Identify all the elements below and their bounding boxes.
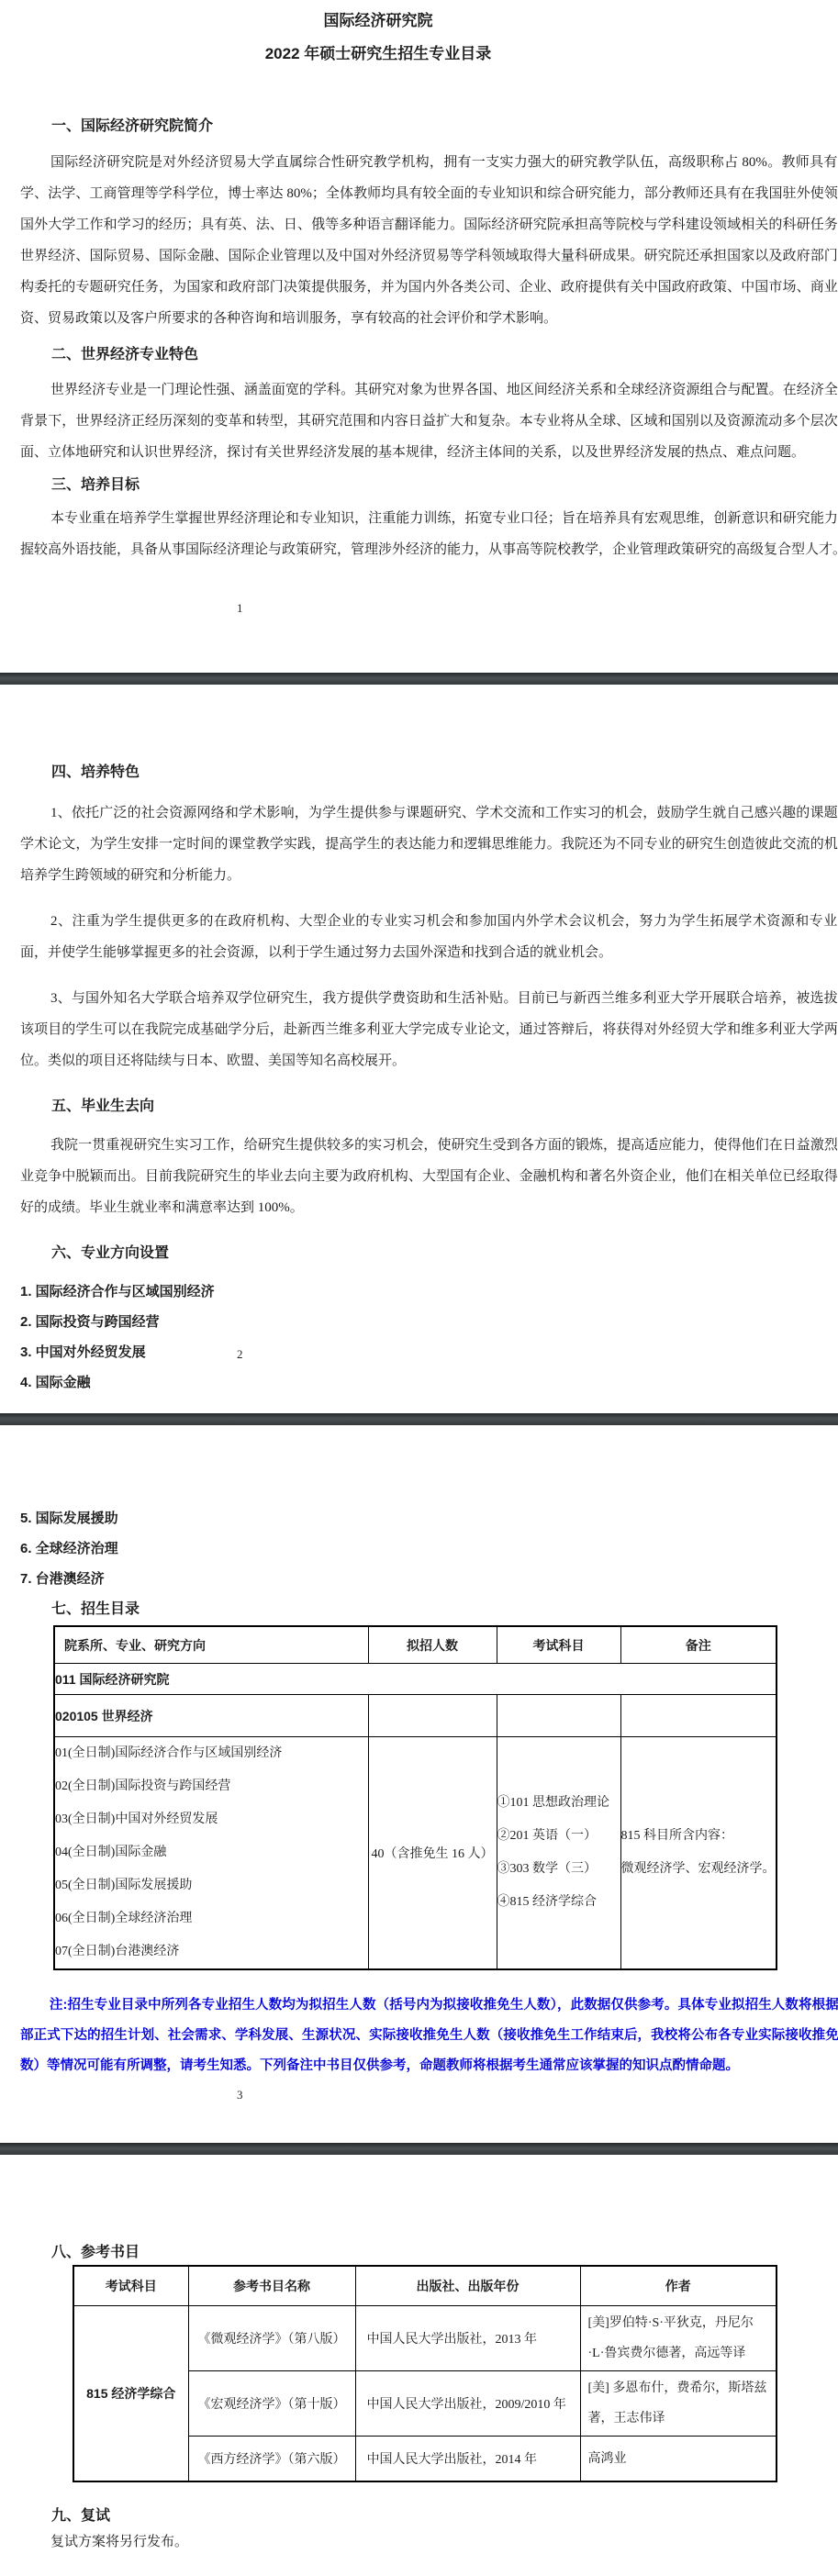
exam-subject-name: 815 经济学综合 — [73, 2306, 188, 2482]
research-direction: 04(全日制)国际金融 — [55, 1836, 368, 1869]
page-separator — [0, 2143, 838, 2155]
empty-cell — [620, 1695, 777, 1737]
section-3-paragraph: 本专业重在培养学生掌握世界经济理论和专业知识，注重能力训练，拓宽专业口径；旨在培… — [20, 503, 838, 565]
section-9-heading: 九、复试 — [51, 2506, 838, 2526]
section-5-heading: 五、毕业生去向 — [51, 1097, 838, 1117]
page-2: 四、培养特色 1、依托广泛的社会资源网络和学术影响，为学生提供参与课题研究、学术… — [0, 685, 838, 1413]
section-1-heading: 一、国际经济研究院简介 — [51, 117, 838, 137]
exam-subject: ③303 数学（三） — [497, 1853, 620, 1886]
book-title: 《微观经济学》（第八版） — [188, 2306, 355, 2371]
research-direction: 02(全日制)国际投资与跨国经营 — [55, 1770, 368, 1803]
column-header-exam-subject: 考试科目 — [73, 2266, 188, 2306]
doc-title-line-2: 2022 年硕士研究生招生专业目录 — [20, 42, 736, 66]
enrollment-cell: 40（含推免生 16 人） — [368, 1737, 497, 1970]
page-2-content: 四、培养特色 1、依托广泛的社会资源网络和学术影响，为学生提供参与课题研究、学术… — [20, 763, 838, 1398]
section-2-paragraph: 世界经济专业是一门理论性强、涵盖面宽的学科。其研究对象为世界各国、地区间经济关系… — [20, 374, 838, 468]
exam-subject: ②201 英语（一） — [497, 1820, 620, 1853]
reference-table-header-row: 考试科目 参考书目名称 出版社、出版年份 作者 — [73, 2266, 777, 2306]
doc-title-line-1: 国际经济研究院 — [20, 0, 736, 33]
book-title: 《西方经济学》（第六版） — [188, 2437, 355, 2482]
research-direction: 05(全日制)国际发展援助 — [55, 1869, 368, 1902]
book-author: [美] 多恩布什，费希尔，斯塔兹著，王志伟译 — [580, 2371, 777, 2437]
column-header-author: 作者 — [580, 2266, 777, 2306]
reference-book-row: 815 经济学综合 《微观经济学》（第八版） 中国人民大学出版社，2013 年 … — [73, 2306, 777, 2371]
section-7-heading: 七、招生目录 — [51, 1600, 838, 1620]
page-1-content: 国际经济研究院 2022 年硕士研究生招生专业目录 一、国际经济研究院简介 国际… — [20, 0, 838, 565]
major-direction-item: 6. 全球经济治理 — [20, 1533, 838, 1564]
column-header-directions: 院系所、专业、研究方向 — [54, 1626, 368, 1664]
major-direction-item: 4. 国际金融 — [20, 1367, 838, 1398]
major-direction-item: 2. 国际投资与跨国经营 — [20, 1307, 838, 1337]
exam-subject: ①101 思想政治理论 — [497, 1787, 620, 1820]
major-code-name: 020105 世界经济 — [54, 1695, 368, 1737]
admission-note: 注:招生专业目录中所列各专业招生人数均为拟招生人数（括号内为拟接收推免生人数），… — [20, 1991, 838, 2081]
page-separator — [0, 673, 838, 685]
column-header-publisher-year: 出版社、出版年份 — [355, 2266, 580, 2306]
major-direction-item: 1. 国际经济合作与区域国别经济 — [20, 1277, 838, 1307]
section-4-paragraph-1: 1、依托广泛的社会资源网络和学术影响，为学生提供参与课题研究、学术交流和工作实习… — [20, 797, 838, 891]
book-author: 高鸿业 — [580, 2437, 777, 2482]
section-9-paragraph: 复试方案将另行发布。 — [20, 2526, 838, 2558]
page-separator — [0, 1413, 838, 1425]
directions-row: 01(全日制)国际经济合作与区域国别经济 02(全日制)国际投资与跨国经营 03… — [54, 1737, 777, 1970]
major-direction-item: 3. 中国对外经贸发展 — [20, 1337, 838, 1367]
section-4-heading: 四、培养特色 — [51, 763, 838, 783]
column-header-remarks: 备注 — [620, 1626, 777, 1664]
page-number: 2 — [237, 1347, 243, 1362]
book-publisher: 中国人民大学出版社，2014 年 — [355, 2437, 580, 2482]
research-direction: 01(全日制)国际经济合作与区域国别经济 — [55, 1737, 368, 1770]
remark-line: 815 科目所含内容： — [621, 1820, 777, 1853]
empty-cell — [368, 1695, 497, 1737]
major-row: 020105 世界经济 — [54, 1695, 777, 1737]
research-direction: 06(全日制)全球经济治理 — [55, 1902, 368, 1935]
column-header-book-title: 参考书目名称 — [188, 2266, 355, 2306]
page-number: 1 — [237, 601, 243, 616]
remarks-cell: 815 科目所含内容： 微观经济学、宏观经济学。 — [620, 1737, 777, 1970]
page-1: 国际经济研究院 2022 年硕士研究生招生专业目录 一、国际经济研究院简介 国际… — [0, 0, 838, 673]
admission-table: 院系所、专业、研究方向 拟招人数 考试科目 备注 011 国际经济研究院 020… — [53, 1625, 777, 1970]
section-6-heading: 六、专业方向设置 — [51, 1243, 838, 1264]
column-header-exam-subjects: 考试科目 — [497, 1626, 620, 1664]
section-8-heading: 八、参考书目 — [51, 2243, 838, 2263]
admission-table-header-row: 院系所、专业、研究方向 拟招人数 考试科目 备注 — [54, 1626, 777, 1664]
page-4-content: 八、参考书目 考试科目 参考书目名称 出版社、出版年份 作者 815 经济学综合… — [20, 2243, 838, 2558]
page-4: 八、参考书目 考试科目 参考书目名称 出版社、出版年份 作者 815 经济学综合… — [0, 2155, 838, 2576]
research-direction: 03(全日制)中国对外经贸发展 — [55, 1803, 368, 1836]
department-name: 011 国际经济研究院 — [54, 1664, 777, 1695]
book-title: 《宏观经济学》（第十版） — [188, 2371, 355, 2437]
remark-line: 微观经济学、宏观经济学。 — [621, 1853, 777, 1886]
section-4-paragraph-2: 2、注重为学生提供更多的在政府机构、大型企业的专业实习机会和参加国内外学术会议机… — [20, 906, 838, 968]
research-directions-cell: 01(全日制)国际经济合作与区域国别经济 02(全日制)国际投资与跨国经营 03… — [54, 1737, 368, 1970]
page-number: 3 — [237, 2088, 243, 2102]
reference-books-table: 考试科目 参考书目名称 出版社、出版年份 作者 815 经济学综合 《微观经济学… — [73, 2265, 777, 2482]
empty-cell — [497, 1695, 620, 1737]
research-direction: 07(全日制)台港澳经济 — [55, 1935, 368, 1968]
book-author: [美]罗伯特·S·平狄克，丹尼尔·L·鲁宾费尔德著，高远等译 — [580, 2306, 777, 2371]
book-publisher: 中国人民大学出版社，2013 年 — [355, 2306, 580, 2371]
exam-subject: ④815 经济学综合 — [497, 1886, 620, 1919]
column-header-enrollment: 拟招人数 — [368, 1626, 497, 1664]
section-4-paragraph-3: 3、与国外知名大学联合培养双学位研究生，我方提供学费资助和生活补贴。目前已与新西… — [20, 983, 838, 1076]
section-3-heading: 三、培养目标 — [51, 475, 838, 496]
major-direction-item: 5. 国际发展援助 — [20, 1503, 838, 1533]
page-3: 5. 国际发展援助 6. 全球经济治理 7. 台港澳经济 七、招生目录 院系所、… — [0, 1425, 838, 2143]
department-row: 011 国际经济研究院 — [54, 1664, 777, 1695]
document-viewer: 国际经济研究院 2022 年硕士研究生招生专业目录 一、国际经济研究院简介 国际… — [0, 0, 838, 2576]
exam-subjects-cell: ①101 思想政治理论 ②201 英语（一） ③303 数学（三） ④815 经… — [497, 1737, 620, 1970]
major-direction-item: 7. 台港澳经济 — [20, 1564, 838, 1594]
section-5-paragraph: 我院一贯重视研究生实习工作，给研究生提供较多的实习机会，使研究生受到各方面的锻炼… — [20, 1130, 838, 1223]
section-1-paragraph: 国际经济研究院是对外经济贸易大学直属综合性研究教学机构，拥有一支实力强大的研究教… — [20, 147, 838, 334]
book-publisher: 中国人民大学出版社，2009/2010 年 — [355, 2371, 580, 2437]
section-2-heading: 二、世界经济专业特色 — [51, 345, 838, 365]
page-3-content: 5. 国际发展援助 6. 全球经济治理 7. 台港澳经济 七、招生目录 院系所、… — [20, 1503, 838, 2081]
